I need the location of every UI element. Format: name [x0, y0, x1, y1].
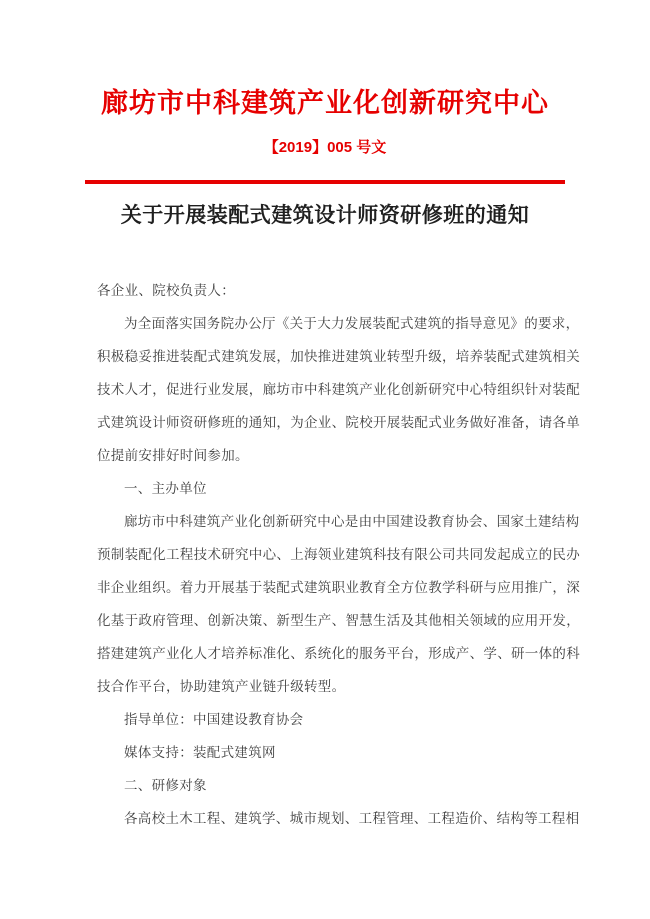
body-line: 化基于政府管理、创新决策、新型生产、智慧生活及其他相关领域的应用开发， — [97, 604, 559, 637]
body-line: 积极稳妥推进装配式建筑发展，加快推进建筑业转型升级，培养装配式建筑相关 — [97, 340, 559, 373]
notice-title: 关于开展装配式建筑设计师资研修班的通知 — [0, 203, 650, 229]
body-line: 廊坊市中科建筑产业化创新研究中心是由中国建设教育协会、国家土建结构 — [97, 505, 559, 538]
body-line: 技术人才，促进行业发展，廊坊市中科建筑产业化创新研究中心特组织针对装配 — [97, 373, 559, 406]
body-line: 非企业组织。着力开展基于装配式建筑职业教育全方位教学科研与应用推广，深 — [97, 571, 559, 604]
notice-body: 各企业、院校负责人： 为全面落实国务院办公厅《关于大力发展装配式建筑的指导意见》… — [97, 274, 559, 835]
body-line: 式建筑设计师资研修班的通知，为企业、院校开展装配式业务做好准备，请各单 — [97, 406, 559, 439]
section-heading-1: 一、主办单位 — [97, 472, 559, 505]
letterhead-red-rule — [85, 180, 565, 184]
letterhead-org-title: 廊坊市中科建筑产业化创新研究中心 — [0, 0, 650, 120]
section-heading-2: 二、研修对象 — [97, 769, 559, 802]
body-line: 各高校土木工程、建筑学、城市规划、工程管理、工程造价、结构等工程相 — [97, 802, 559, 835]
body-line: 搭建建筑产业化人才培养标准化、系统化的服务平台，形成产、学、研一体的科 — [97, 637, 559, 670]
body-line: 位提前安排好时间参加。 — [97, 439, 559, 472]
body-line-salutation: 各企业、院校负责人： — [97, 274, 559, 307]
body-line-media-support: 媒体支持：装配式建筑网 — [97, 736, 559, 769]
body-line-guidance-unit: 指导单位：中国建设教育协会 — [97, 703, 559, 736]
body-line: 为全面落实国务院办公厅《关于大力发展装配式建筑的指导意见》的要求， — [97, 307, 559, 340]
document-number: 【2019】005 号文 — [0, 136, 650, 157]
body-line: 预制装配化工程技术研究中心、上海领业建筑科技有限公司共同发起成立的民办 — [97, 538, 559, 571]
document-page: 廊坊市中科建筑产业化创新研究中心 【2019】005 号文 关于开展装配式建筑设… — [0, 0, 650, 919]
body-line: 技合作平台，协助建筑产业链升级转型。 — [97, 670, 559, 703]
